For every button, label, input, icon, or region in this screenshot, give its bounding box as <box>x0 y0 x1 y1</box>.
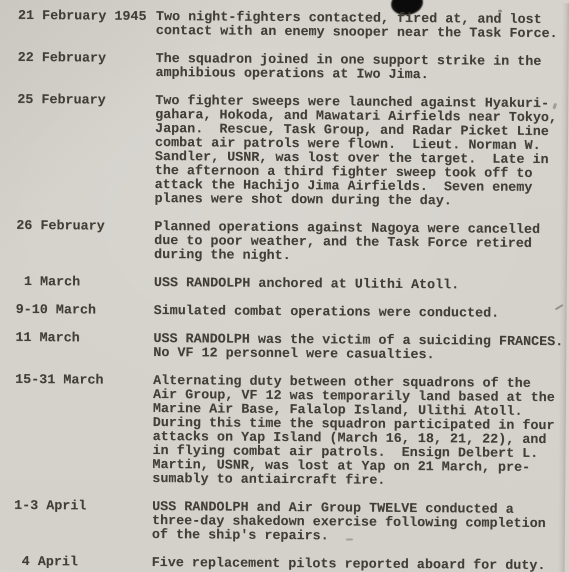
entry-date: 1 March <box>16 276 154 291</box>
chronology-entry: 1 March USS RANDOLPH anchored at Ulithi … <box>16 276 564 294</box>
entry-date: 26 February <box>16 220 154 263</box>
entry-date: 22 February <box>17 52 155 81</box>
entry-date: 11 March <box>15 332 153 361</box>
entry-date: 15-31 March <box>14 374 153 487</box>
chronology-entry: 25 February Two fighter sweeps were laun… <box>16 94 565 210</box>
chronology-entry: 11 March USS RANDOLPH was the victim of … <box>15 332 563 364</box>
chronology-entry: 9-10 March Simulated combat operations w… <box>16 304 564 322</box>
entry-date: 4 April <box>14 556 152 571</box>
chronology-entry: 22 February The squadron joined in one s… <box>17 52 565 84</box>
entry-date: 21 February 1945 <box>18 10 156 39</box>
entry-description: Five replacement pilots reported aboard … <box>152 557 562 572</box>
entry-description: USS RANDOLPH and Air Group TWELVE conduc… <box>152 501 562 546</box>
entry-date: 1-3 April <box>14 500 152 543</box>
chronology-list: 21 February 1945 Two night-fighters cont… <box>0 0 566 572</box>
scanned-document-page: 21 February 1945 Two night-fighters cont… <box>0 0 569 572</box>
entry-description: Simulated combat operations were conduct… <box>154 305 564 322</box>
entry-description: The squadron joined in one support strik… <box>155 53 565 84</box>
chronology-entry: 4 April Five replacement pilots reported… <box>14 556 562 572</box>
chronology-entry: 15-31 March Alternating duty between oth… <box>14 374 563 490</box>
entry-description: Two fighter sweeps were launched against… <box>154 95 565 210</box>
chronology-entry: 1-3 April USS RANDOLPH and Air Group TWE… <box>14 500 562 546</box>
entry-description: Planned operations against Nagoya were c… <box>154 221 564 266</box>
entry-description: USS RANDOLPH anchored at Ulithi Atoll. <box>154 277 564 294</box>
entry-description: Alternating duty between other squadrons… <box>152 375 563 490</box>
entry-description: Two night-fighters contacted, fired at, … <box>156 11 566 42</box>
chronology-entry: 21 February 1945 Two night-fighters cont… <box>18 10 566 42</box>
entry-date: 9-10 March <box>16 304 154 319</box>
entry-description: USS RANDOLPH was the victim of a suicidi… <box>153 333 563 364</box>
entry-date: 25 February <box>16 94 155 207</box>
chronology-entry: 26 February Planned operations against N… <box>16 220 564 266</box>
